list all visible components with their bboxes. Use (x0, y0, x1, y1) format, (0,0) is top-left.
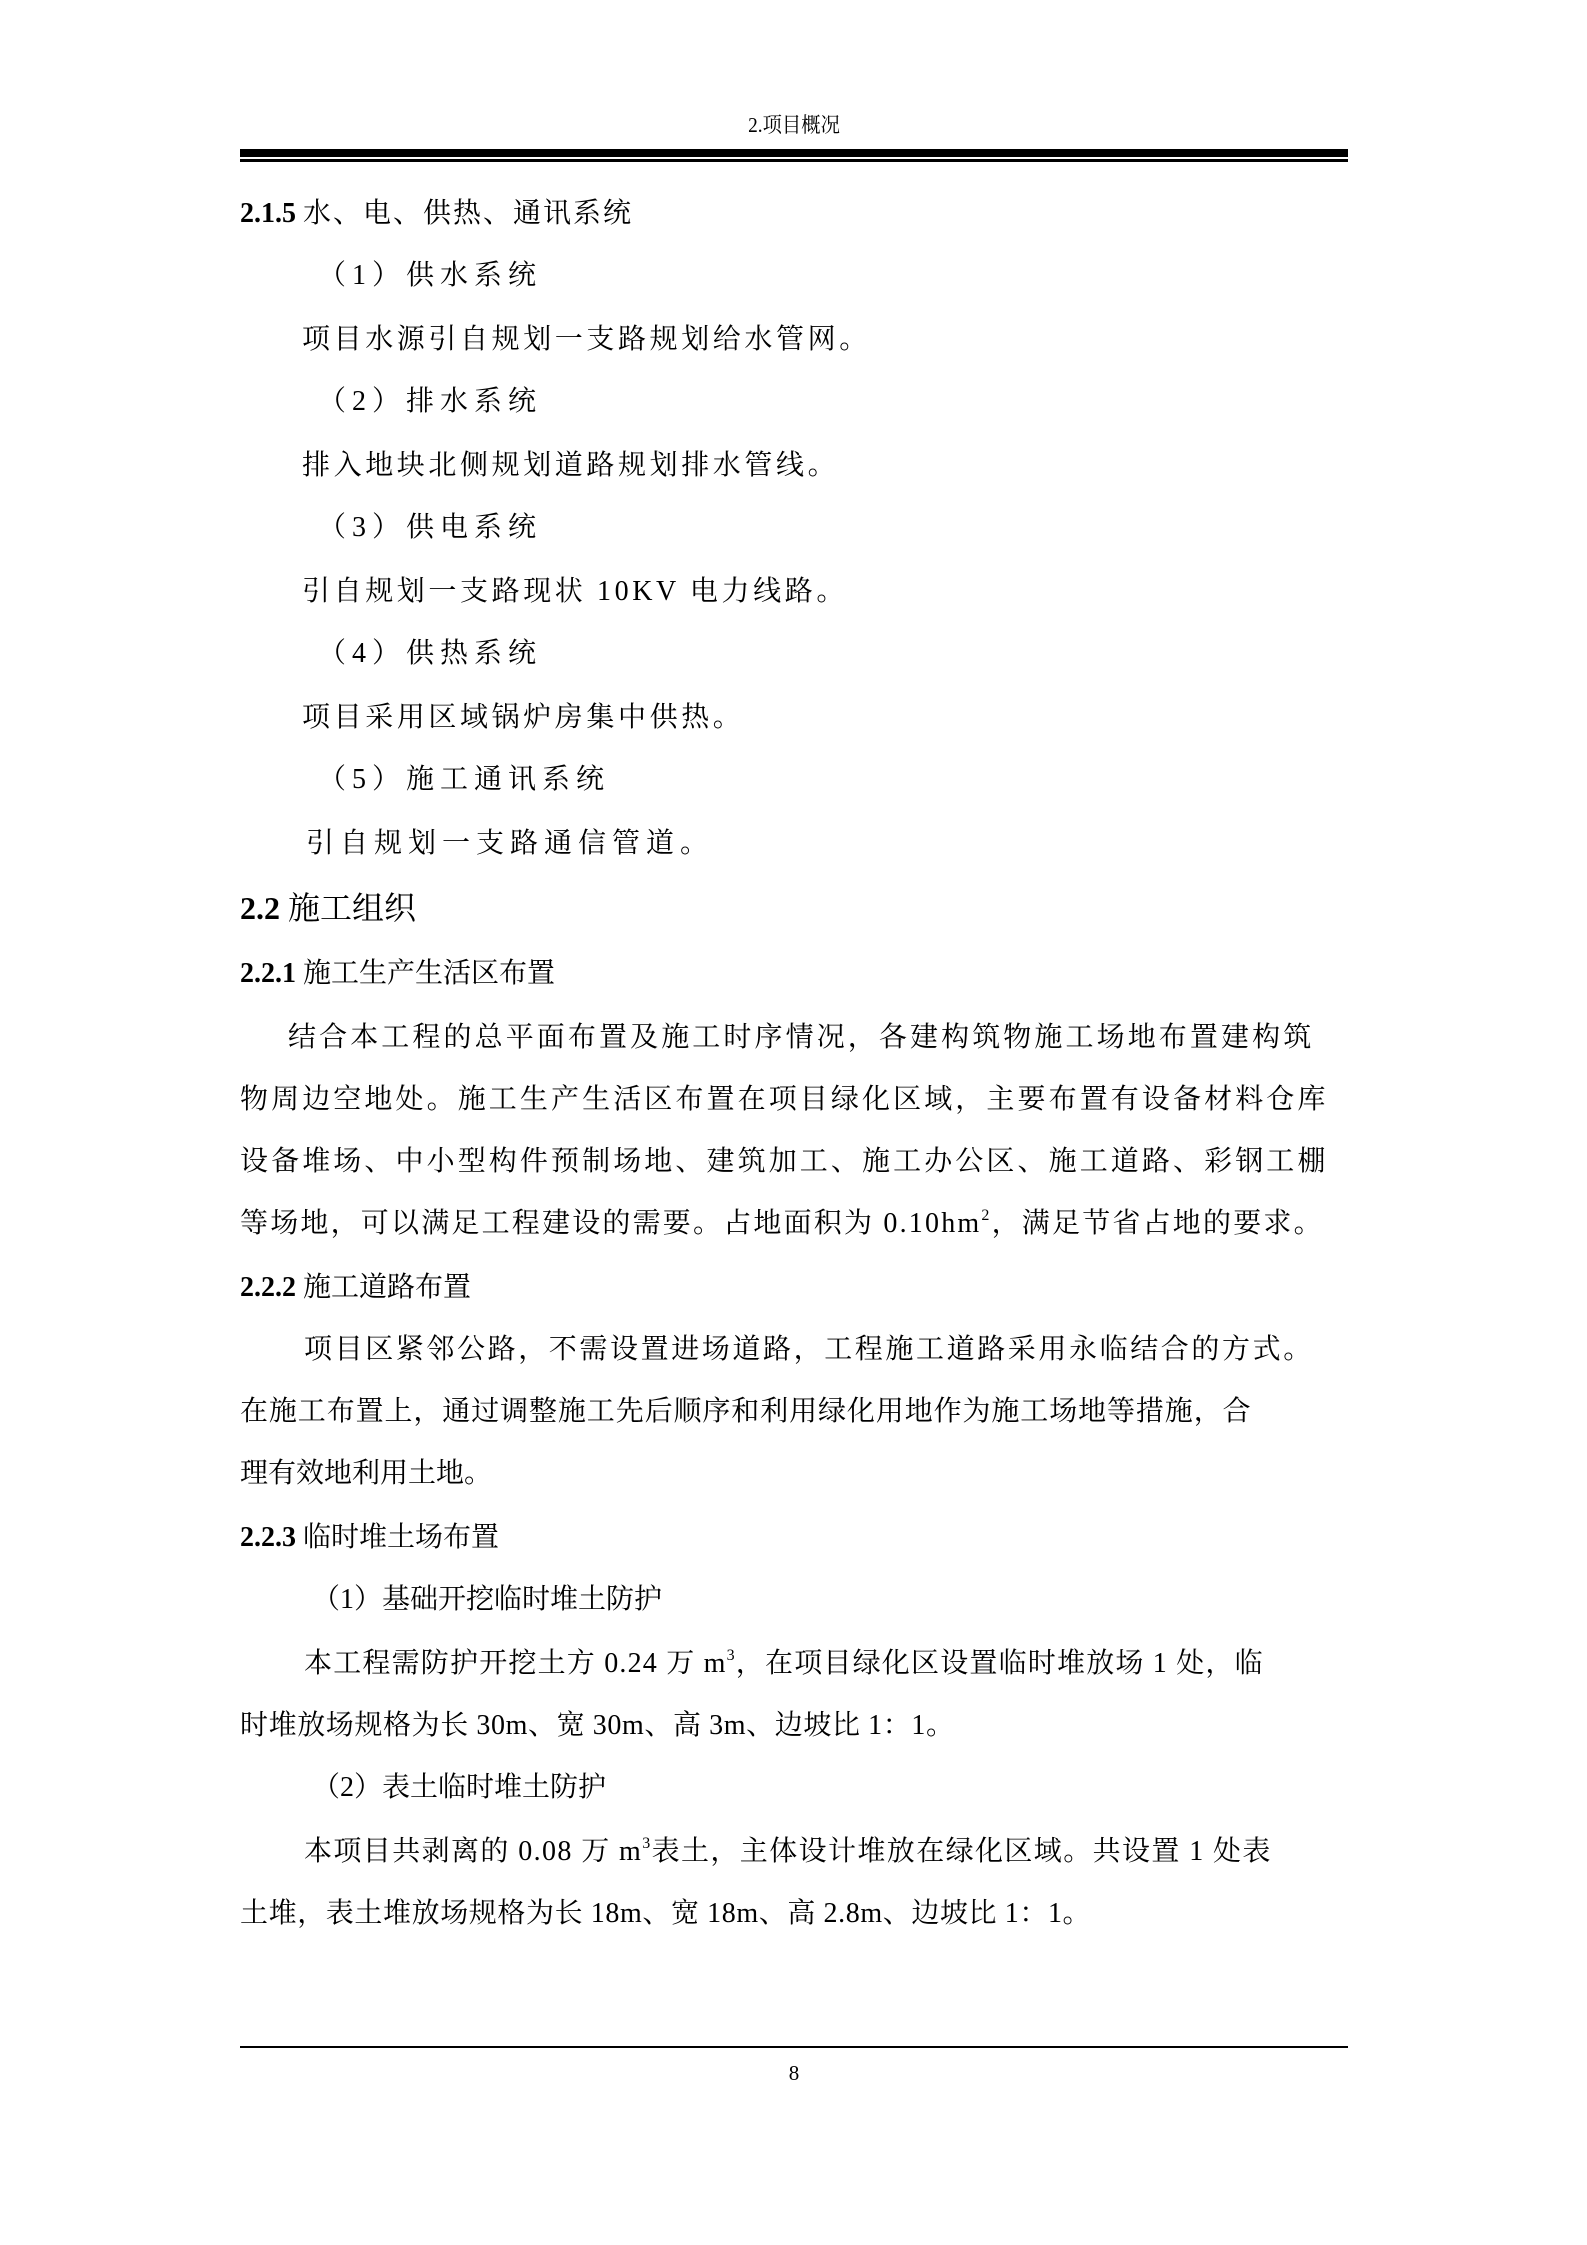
heading-number: 2.1.5 (240, 198, 296, 229)
superscript: 3 (642, 1835, 651, 1852)
superscript: 2 (981, 1207, 991, 1224)
item-text-communication: 引自规划一支路通信管道。 (306, 826, 714, 862)
item-text-water-supply: 项目水源引自规划一支路规划给水管网。 (302, 322, 871, 358)
page-number: 8 (240, 2060, 1348, 2086)
header-rule-thin (240, 159, 1348, 162)
heading-number: 2.2 (240, 890, 280, 926)
paragraph-line: 时堆放场规格为长 30m、宽 30m、高 3m、边坡比 1：1。 (240, 1708, 955, 1744)
heading-text: 水、电、供热、通讯系统 (303, 198, 633, 229)
heading-text: 施工道路布置 (303, 1272, 471, 1303)
item-label-water-supply: （1）供水系统 (318, 258, 542, 294)
header-rule-thick (240, 149, 1348, 157)
item-label-heating: （4）供热系统 (318, 636, 542, 672)
item-label-communication: （5）施工通讯系统 (318, 762, 610, 798)
heading-text: 临时堆土场布置 (303, 1522, 499, 1553)
heading-number: 2.2.2 (240, 1272, 296, 1303)
item-label-power: （3）供电系统 (318, 510, 542, 546)
heading-number: 2.2.1 (240, 958, 296, 989)
document-page: 2.项目概况 2.1.5 水、电、供热、通讯系统 （1）供水系统 项目水源引自规… (0, 0, 1587, 2245)
paragraph-line: 在施工布置上，通过调整施工先后顺序和利用绿化用地作为施工场地等措施，合 (240, 1394, 1252, 1430)
text-part: 本项目共剥离的 0.08 万 m (304, 1836, 642, 1867)
heading-2-2-3: 2.2.3 临时堆土场布置 (240, 1520, 499, 1556)
paragraph-line: 设备堆场、中小型构件预制场地、建筑加工、施工办公区、施工道路、彩钢工棚 (240, 1144, 1329, 1180)
paragraph-line: 物周边空地处。施工生产生活区布置在项目绿化区域，主要布置有设备材料仓库 (240, 1082, 1329, 1118)
superscript: 3 (727, 1647, 736, 1664)
heading-2-2-1: 2.2.1 施工生产生活区布置 (240, 956, 555, 992)
item-text-heating: 项目采用区域锅炉房集中供热。 (302, 700, 744, 736)
text-part: ，在项目绿化区设置临时堆放场 1 处，临 (736, 1648, 1264, 1679)
paragraph-line: 等场地，可以满足工程建设的需要。占地面积为 0.10hm2，满足节省占地的要求。 (240, 1206, 1324, 1242)
heading-2-2: 2.2 施工组织 (240, 890, 416, 926)
item-label-drainage: （2）排水系统 (318, 384, 542, 420)
item-text-power: 引自规划一支路现状 10KV 电力线路。 (302, 574, 848, 610)
running-header: 2.项目概况 (284, 112, 1303, 138)
paragraph-line: 结合本工程的总平面布置及施工时序情况，各建构筑物施工场地布置建构筑 (288, 1020, 1314, 1056)
text-part: 等场地，可以满足工程建设的需要。占地面积为 0.10hm (240, 1208, 981, 1239)
heading-2-1-5: 2.1.5 水、电、供热、通讯系统 (240, 196, 633, 232)
heading-text: 施工生产生活区布置 (303, 958, 555, 989)
heading-text: 施工组织 (288, 890, 416, 926)
paragraph-line: 理有效地利用土地。 (240, 1456, 492, 1492)
paragraph-line: 本工程需防护开挖土方 0.24 万 m3，在项目绿化区设置临时堆放场 1 处，临 (304, 1646, 1264, 1682)
paragraph-line: 土堆，表土堆放场规格为长 18m、宽 18m、高 2.8m、边坡比 1：1。 (240, 1896, 1091, 1932)
text-part: 本工程需防护开挖土方 0.24 万 m (304, 1648, 727, 1679)
subsection-label-topsoil: （2）表土临时堆土防护 (312, 1770, 606, 1806)
item-text-drainage: 排入地块北侧规划道路规划排水管线。 (302, 448, 839, 484)
heading-number: 2.2.3 (240, 1522, 296, 1553)
subsection-label-excavation: （1）基础开挖临时堆土防护 (312, 1582, 662, 1618)
paragraph-line: 本项目共剥离的 0.08 万 m3表土，主体设计堆放在绿化区域。共设置 1 处表 (304, 1834, 1272, 1870)
paragraph-line: 项目区紧邻公路，不需设置进场道路，工程施工道路采用永临结合的方式。 (304, 1332, 1314, 1368)
heading-2-2-2: 2.2.2 施工道路布置 (240, 1270, 471, 1306)
footer-rule (240, 2046, 1348, 2048)
text-part: ，满足节省占地的要求。 (992, 1208, 1324, 1239)
text-part: 表土，主体设计堆放在绿化区域。共设置 1 处表 (652, 1836, 1272, 1867)
